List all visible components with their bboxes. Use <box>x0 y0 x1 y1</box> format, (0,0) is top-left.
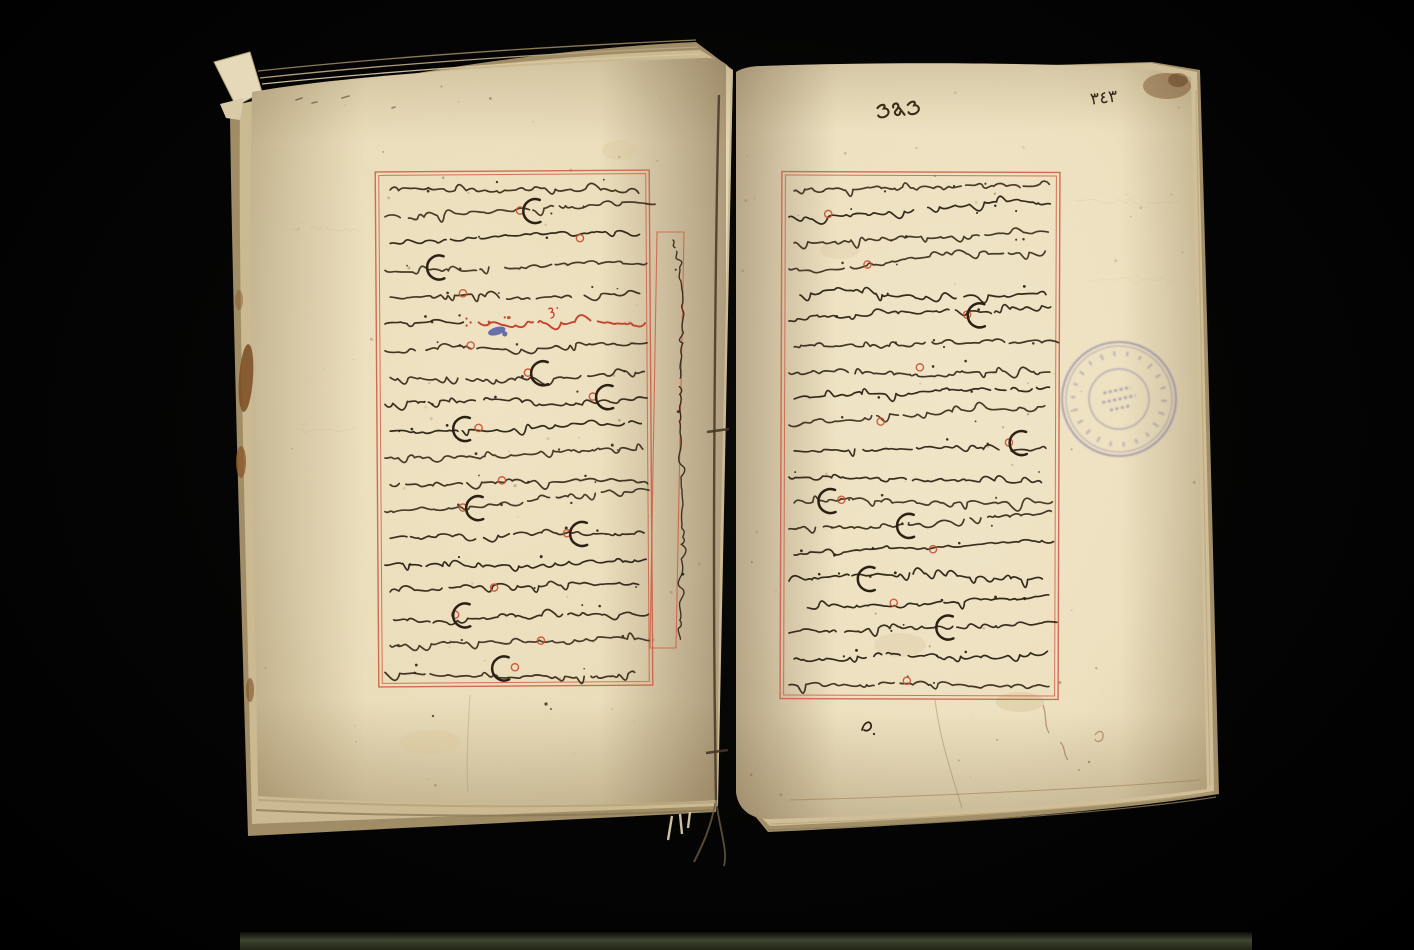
right-page <box>724 50 1224 832</box>
open-codex: ٣٤٣ <box>0 0 1414 950</box>
left-page <box>244 50 744 820</box>
manuscript-photo: ٣٤٣ <box>0 0 1414 950</box>
bottom-film-strip <box>240 932 1252 950</box>
page-number-arabic: ٣٤٣ <box>1089 87 1119 110</box>
